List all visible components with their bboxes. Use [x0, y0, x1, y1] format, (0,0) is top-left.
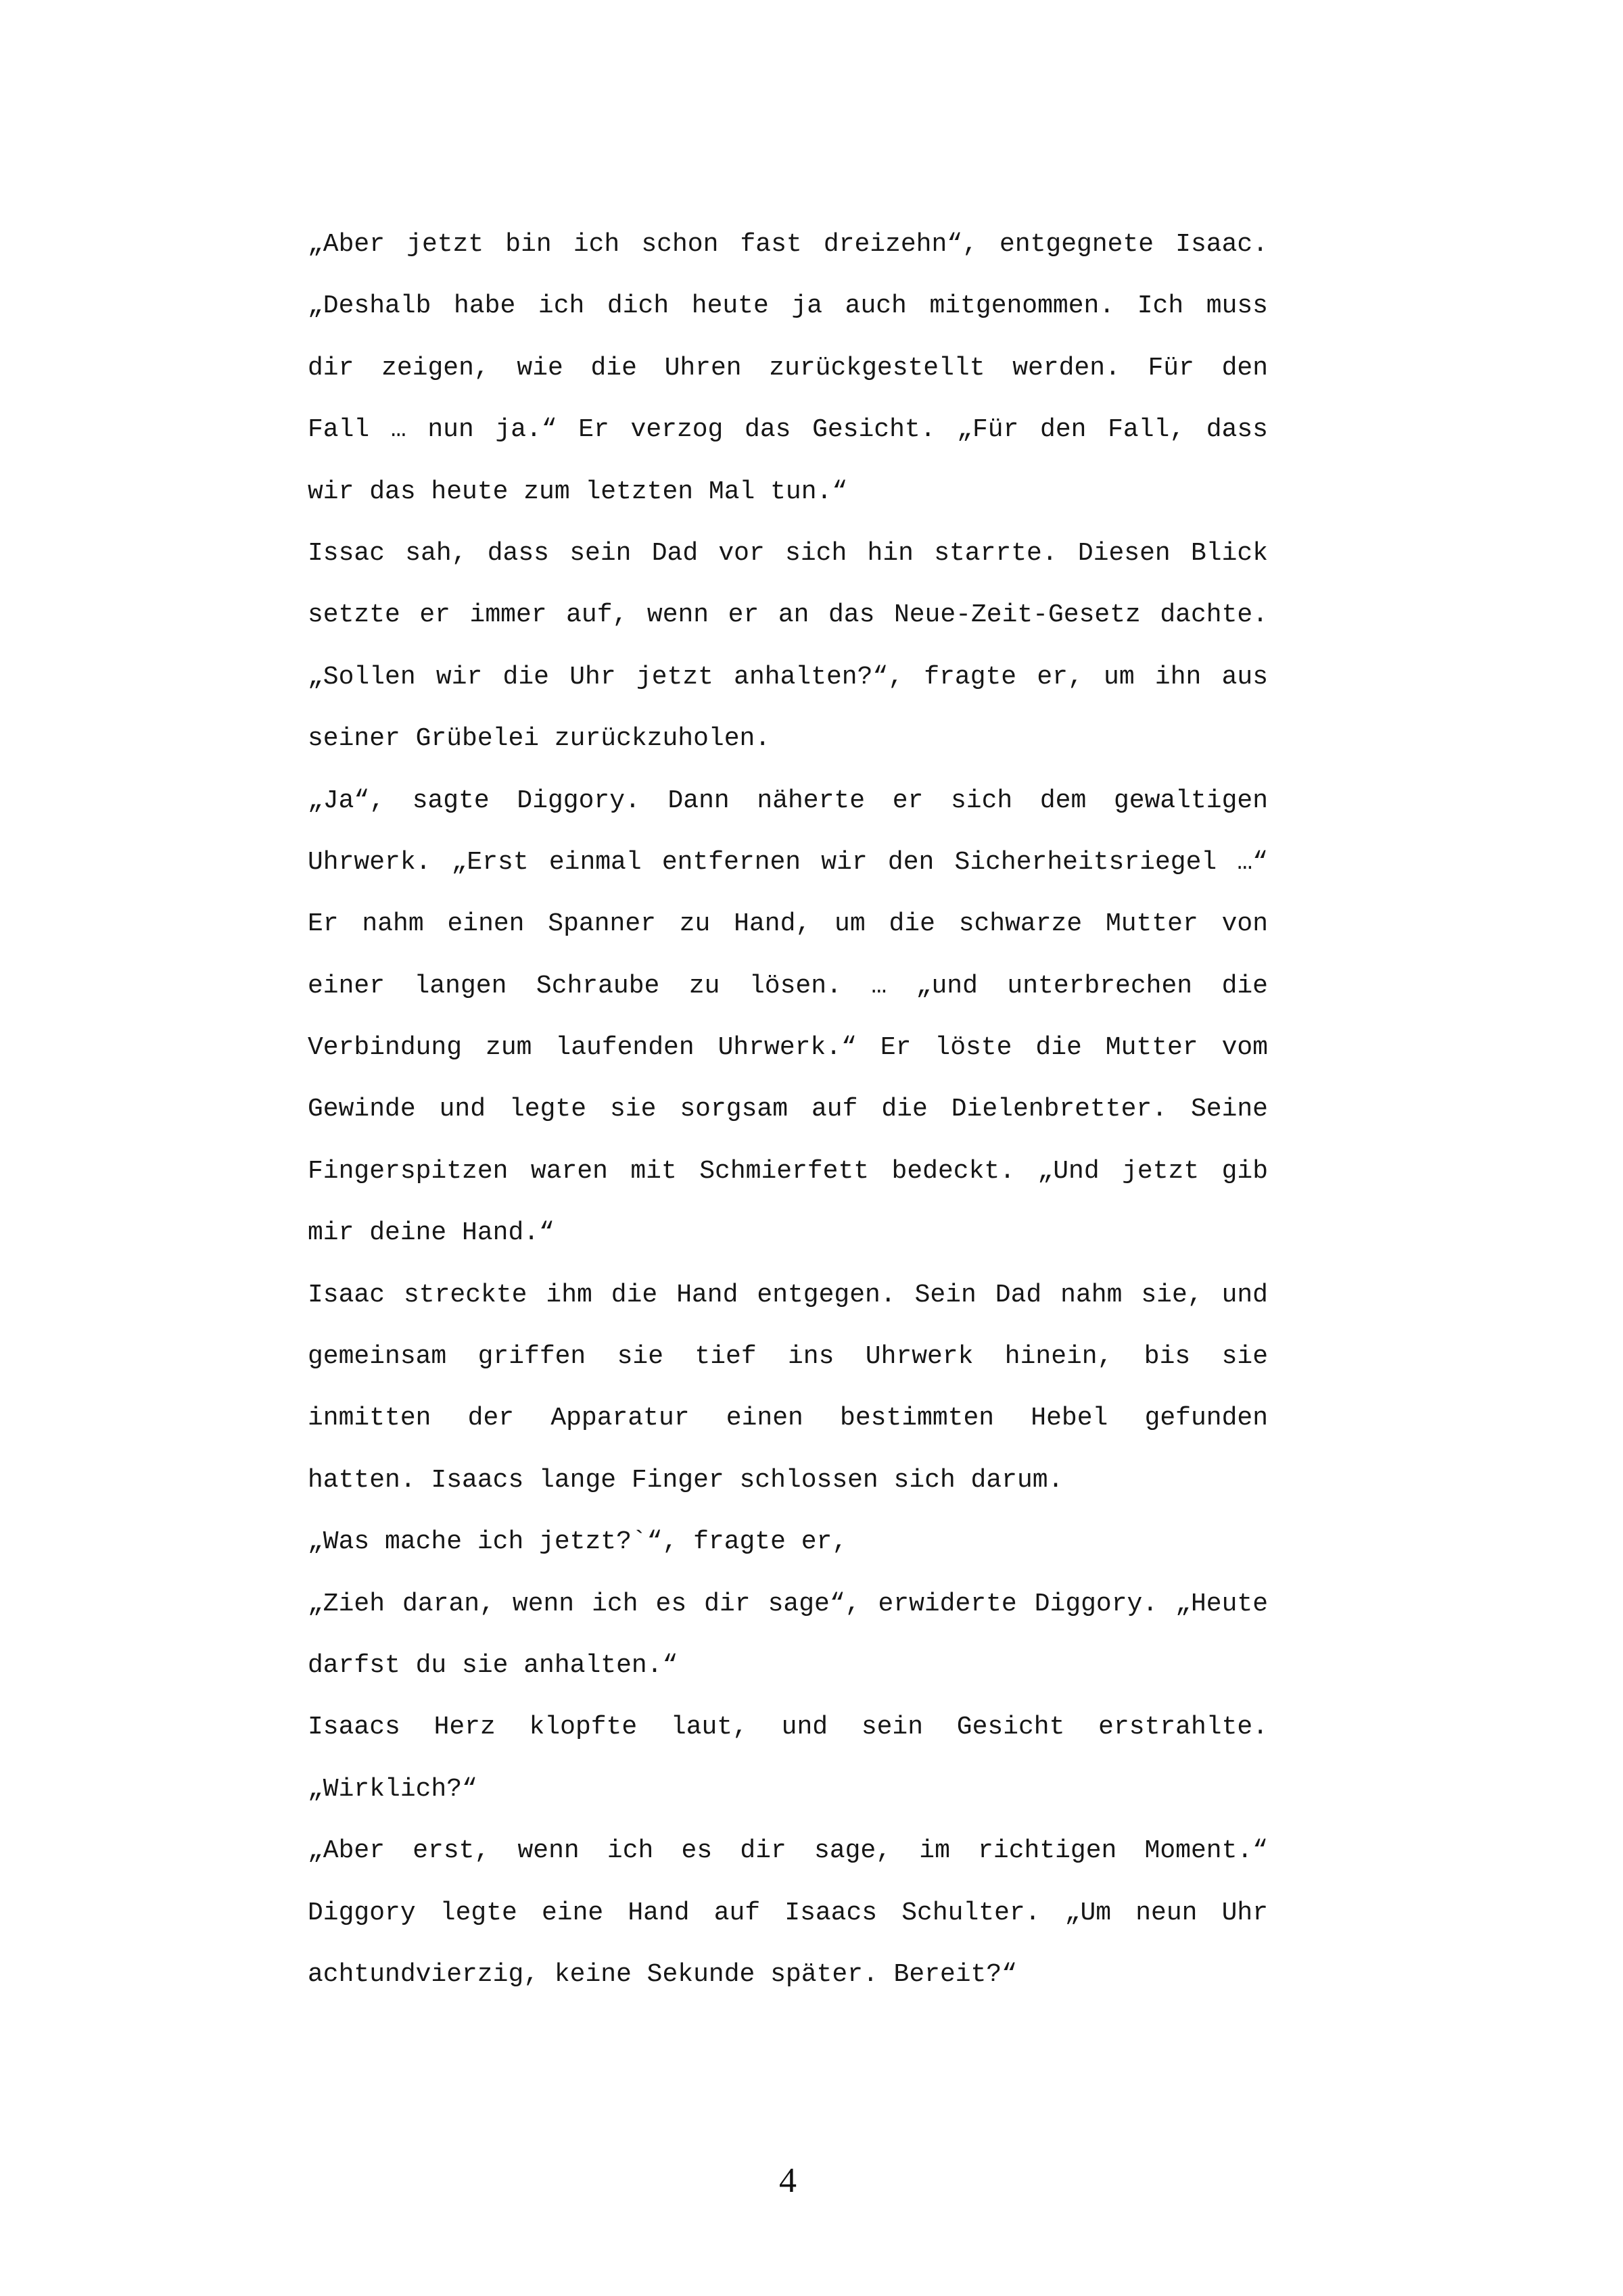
- text-line: Er nahm einen Spanner zu Hand, um die sc…: [308, 893, 1268, 955]
- text-line: „Zieh daran, wenn ich es dir sage“, erwi…: [308, 1573, 1268, 1635]
- text-line: Gewinde und legte sie sorgsam auf die Di…: [308, 1078, 1268, 1140]
- text-line: achtundvierzig, keine Sekunde später. Be…: [308, 1944, 1268, 2005]
- text-line: „Deshalb habe ich dich heute ja auch mit…: [308, 275, 1268, 337]
- text-line: „Was mache ich jetzt?`“, fragte er,: [308, 1511, 1268, 1573]
- text-line: gemeinsam griffen sie tief ins Uhrwerk h…: [308, 1326, 1268, 1387]
- text-line: einer langen Schraube zu lösen. … „und u…: [308, 955, 1268, 1017]
- text-line: Isaacs Herz klopfte laut, und sein Gesic…: [308, 1696, 1268, 1758]
- text-line: „Wirklich?“: [308, 1759, 1268, 1820]
- text-line: inmitten der Apparatur einen bestimmten …: [308, 1387, 1268, 1449]
- page-number: 4: [308, 2161, 1268, 2201]
- text-line: mir deine Hand.“: [308, 1202, 1268, 1264]
- text-line: hatten. Isaacs lange Finger schlossen si…: [308, 1450, 1268, 1511]
- text-line: dir zeigen, wie die Uhren zurückgestellt…: [308, 337, 1268, 399]
- text-line: Verbindung zum laufenden Uhrwerk.“ Er lö…: [308, 1017, 1268, 1078]
- text-line: darfst du sie anhalten.“: [308, 1635, 1268, 1696]
- text-line: wir das heute zum letzten Mal tun.“: [308, 461, 1268, 523]
- text-line: Uhrwerk. „Erst einmal entfernen wir den …: [308, 832, 1268, 893]
- text-line: Isaac streckte ihm die Hand entgegen. Se…: [308, 1264, 1268, 1326]
- document-page: „Aber jetzt bin ich schon fast dreizehn“…: [0, 0, 1623, 2296]
- text-line: „Aber erst, wenn ich es dir sage, im ric…: [308, 1820, 1268, 1882]
- text-line: Fingerspitzen waren mit Schmierfett bede…: [308, 1141, 1268, 1202]
- text-line: Issac sah, dass sein Dad vor sich hin st…: [308, 523, 1268, 584]
- text-line: „Ja“, sagte Diggory. Dann näherte er sic…: [308, 770, 1268, 832]
- text-line: Fall … nun ja.“ Er verzog das Gesicht. „…: [308, 399, 1268, 460]
- text-line: setzte er immer auf, wenn er an das Neue…: [308, 584, 1268, 646]
- text-line: seiner Grübelei zurückzuholen.: [308, 708, 1268, 769]
- body-text: „Aber jetzt bin ich schon fast dreizehn“…: [308, 214, 1268, 2005]
- text-line: „Sollen wir die Uhr jetzt anhalten?“, fr…: [308, 646, 1268, 708]
- text-line: Diggory legte eine Hand auf Isaacs Schul…: [308, 1882, 1268, 1944]
- text-line: „Aber jetzt bin ich schon fast dreizehn“…: [308, 214, 1268, 275]
